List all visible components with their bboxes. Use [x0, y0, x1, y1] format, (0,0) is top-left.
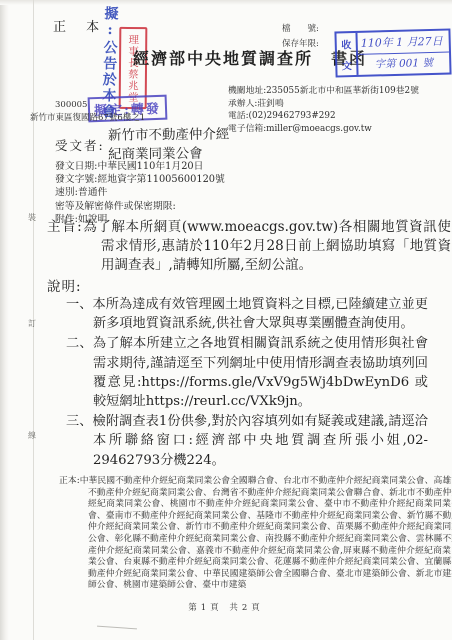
speed-class: 速別:普通件 — [55, 186, 225, 199]
binding-mark-zhuang: 裝 — [28, 212, 36, 223]
subject-label: 主旨: — [47, 219, 83, 235]
receipt-date-stamp: 收 文 110年 1 月27日 字第 001 號 — [334, 28, 451, 77]
receipt-date: 110年 1 月27日 — [357, 31, 449, 55]
item-3-number: 三、 — [66, 414, 93, 429]
recipient-label: 受文者: — [55, 136, 105, 154]
page-number: 第1頁 共2頁 — [0, 601, 452, 613]
binding-mark-xian: 線 — [28, 430, 36, 441]
scanned-official-letter: 裝 訂 線 正 本 擬:公告於本會 理事長蔡兆堂 擬定:轉發 經濟部中央地質調查… — [0, 0, 452, 640]
retention-label: 保存年限: — [282, 37, 319, 52]
item-3-text: 檢附調查表1份供參,對於內容填列如有疑義或建議,請逕洽本所聯絡窗口:經濟部中央地… — [93, 414, 428, 467]
receipt-label-top: 收 — [341, 36, 351, 51]
issue-number: 發文字號:經地資字第11005600120號 — [55, 173, 225, 186]
file-no-label: 檔 號: — [282, 22, 319, 37]
contact-phone: 電話:(02)29462793#292 — [228, 110, 419, 123]
explanation-items: 一、本所為達成有效管理國土地質資料之目標,已陸續建立並更新多項地質資訊系統,供社… — [66, 295, 428, 471]
file-reference-labels: 檔 號: 保存年限: — [282, 22, 319, 52]
receipt-stamp-label: 收 文 — [336, 33, 358, 76]
item-2-number: 二、 — [66, 336, 93, 351]
recipient-name: 新竹市不動產仲介經紀商業同業公會 — [108, 125, 238, 164]
distribution-text: 中華民國不動產仲介經紀商業同業公會全國聯合會、台北市不動產仲介經紀商業同業公會、… — [80, 476, 452, 590]
item-2-text: 為了解本所建立之各地質相關資訊系統之使用情形與社會需求期待,謹請逕至下列網址中使… — [93, 336, 428, 409]
explanation-label: 說明: — [47, 275, 82, 295]
distribution-list: 正本:中華民國不動產仲介經紀商業同業公會全國聯合會、台北市不動產仲介經紀商業同業… — [59, 476, 452, 592]
scan-artifact — [97, 626, 137, 630]
issue-date: 發文日期:中華民國110年1月20日 — [55, 160, 225, 173]
item-1-text: 本所為達成有效管理國土地質資料之目標,已陸續建立並更新多項地質資訊系統,供社會大… — [93, 297, 428, 331]
distribution-label: 正本: — [59, 476, 80, 486]
item-1-number: 一、 — [66, 297, 93, 312]
subject-paragraph: 主旨:為了解本所網頁(www.moeacgs.gov.tw)各相關地質資訊使用與… — [47, 218, 452, 275]
scan-edge — [0, 0, 452, 5]
explanation-item-1: 一、本所為達成有效管理國土地質資料之目標,已陸續建立並更新多項地質資訊系統,供社… — [66, 295, 428, 333]
recipient-postal-code: 300005 — [55, 100, 87, 110]
recipient-address: 新竹市東區復國路67號6樓之1 — [30, 111, 145, 123]
document-meta-block: 發文日期:中華民國110年1月20日 發文字號:經地資字第11005600120… — [55, 160, 225, 226]
receipt-number: 字第 001 號 — [358, 52, 450, 75]
agency-contact-block: 機關地址:235055新北市中和區華新街109巷2號 承辦人:莊釗鳴 電話:(0… — [228, 85, 419, 135]
agency-address: 機關地址:235055新北市中和區華新街109巷2號 — [228, 85, 419, 98]
binding-mark-ding: 訂 — [28, 318, 36, 329]
scan-edge — [0, 0, 9, 640]
receipt-stamp-fields: 110年 1 月27日 字第 001 號 — [357, 31, 449, 75]
contact-person: 承辦人:莊釗鳴 — [228, 98, 419, 111]
subject-text: 為了解本所網頁(www.moeacgs.gov.tw)各相關地質資訊使用與需求情… — [83, 219, 452, 273]
receipt-label-bottom: 文 — [342, 57, 352, 72]
security-class: 密等及解密條件或保密期限: — [55, 200, 225, 213]
contact-email: 電子信箱:miller@moeacgs.gov.tw — [228, 123, 419, 136]
explanation-item-2: 二、為了解本所建立之各地質相關資訊系統之使用情形與社會需求期待,謹請逕至下列網址… — [66, 334, 428, 411]
explanation-item-3: 三、檢附調查表1份供參,對於內容填列如有疑義或建議,請逕洽本所聯絡窗口:經濟部中… — [66, 412, 428, 470]
